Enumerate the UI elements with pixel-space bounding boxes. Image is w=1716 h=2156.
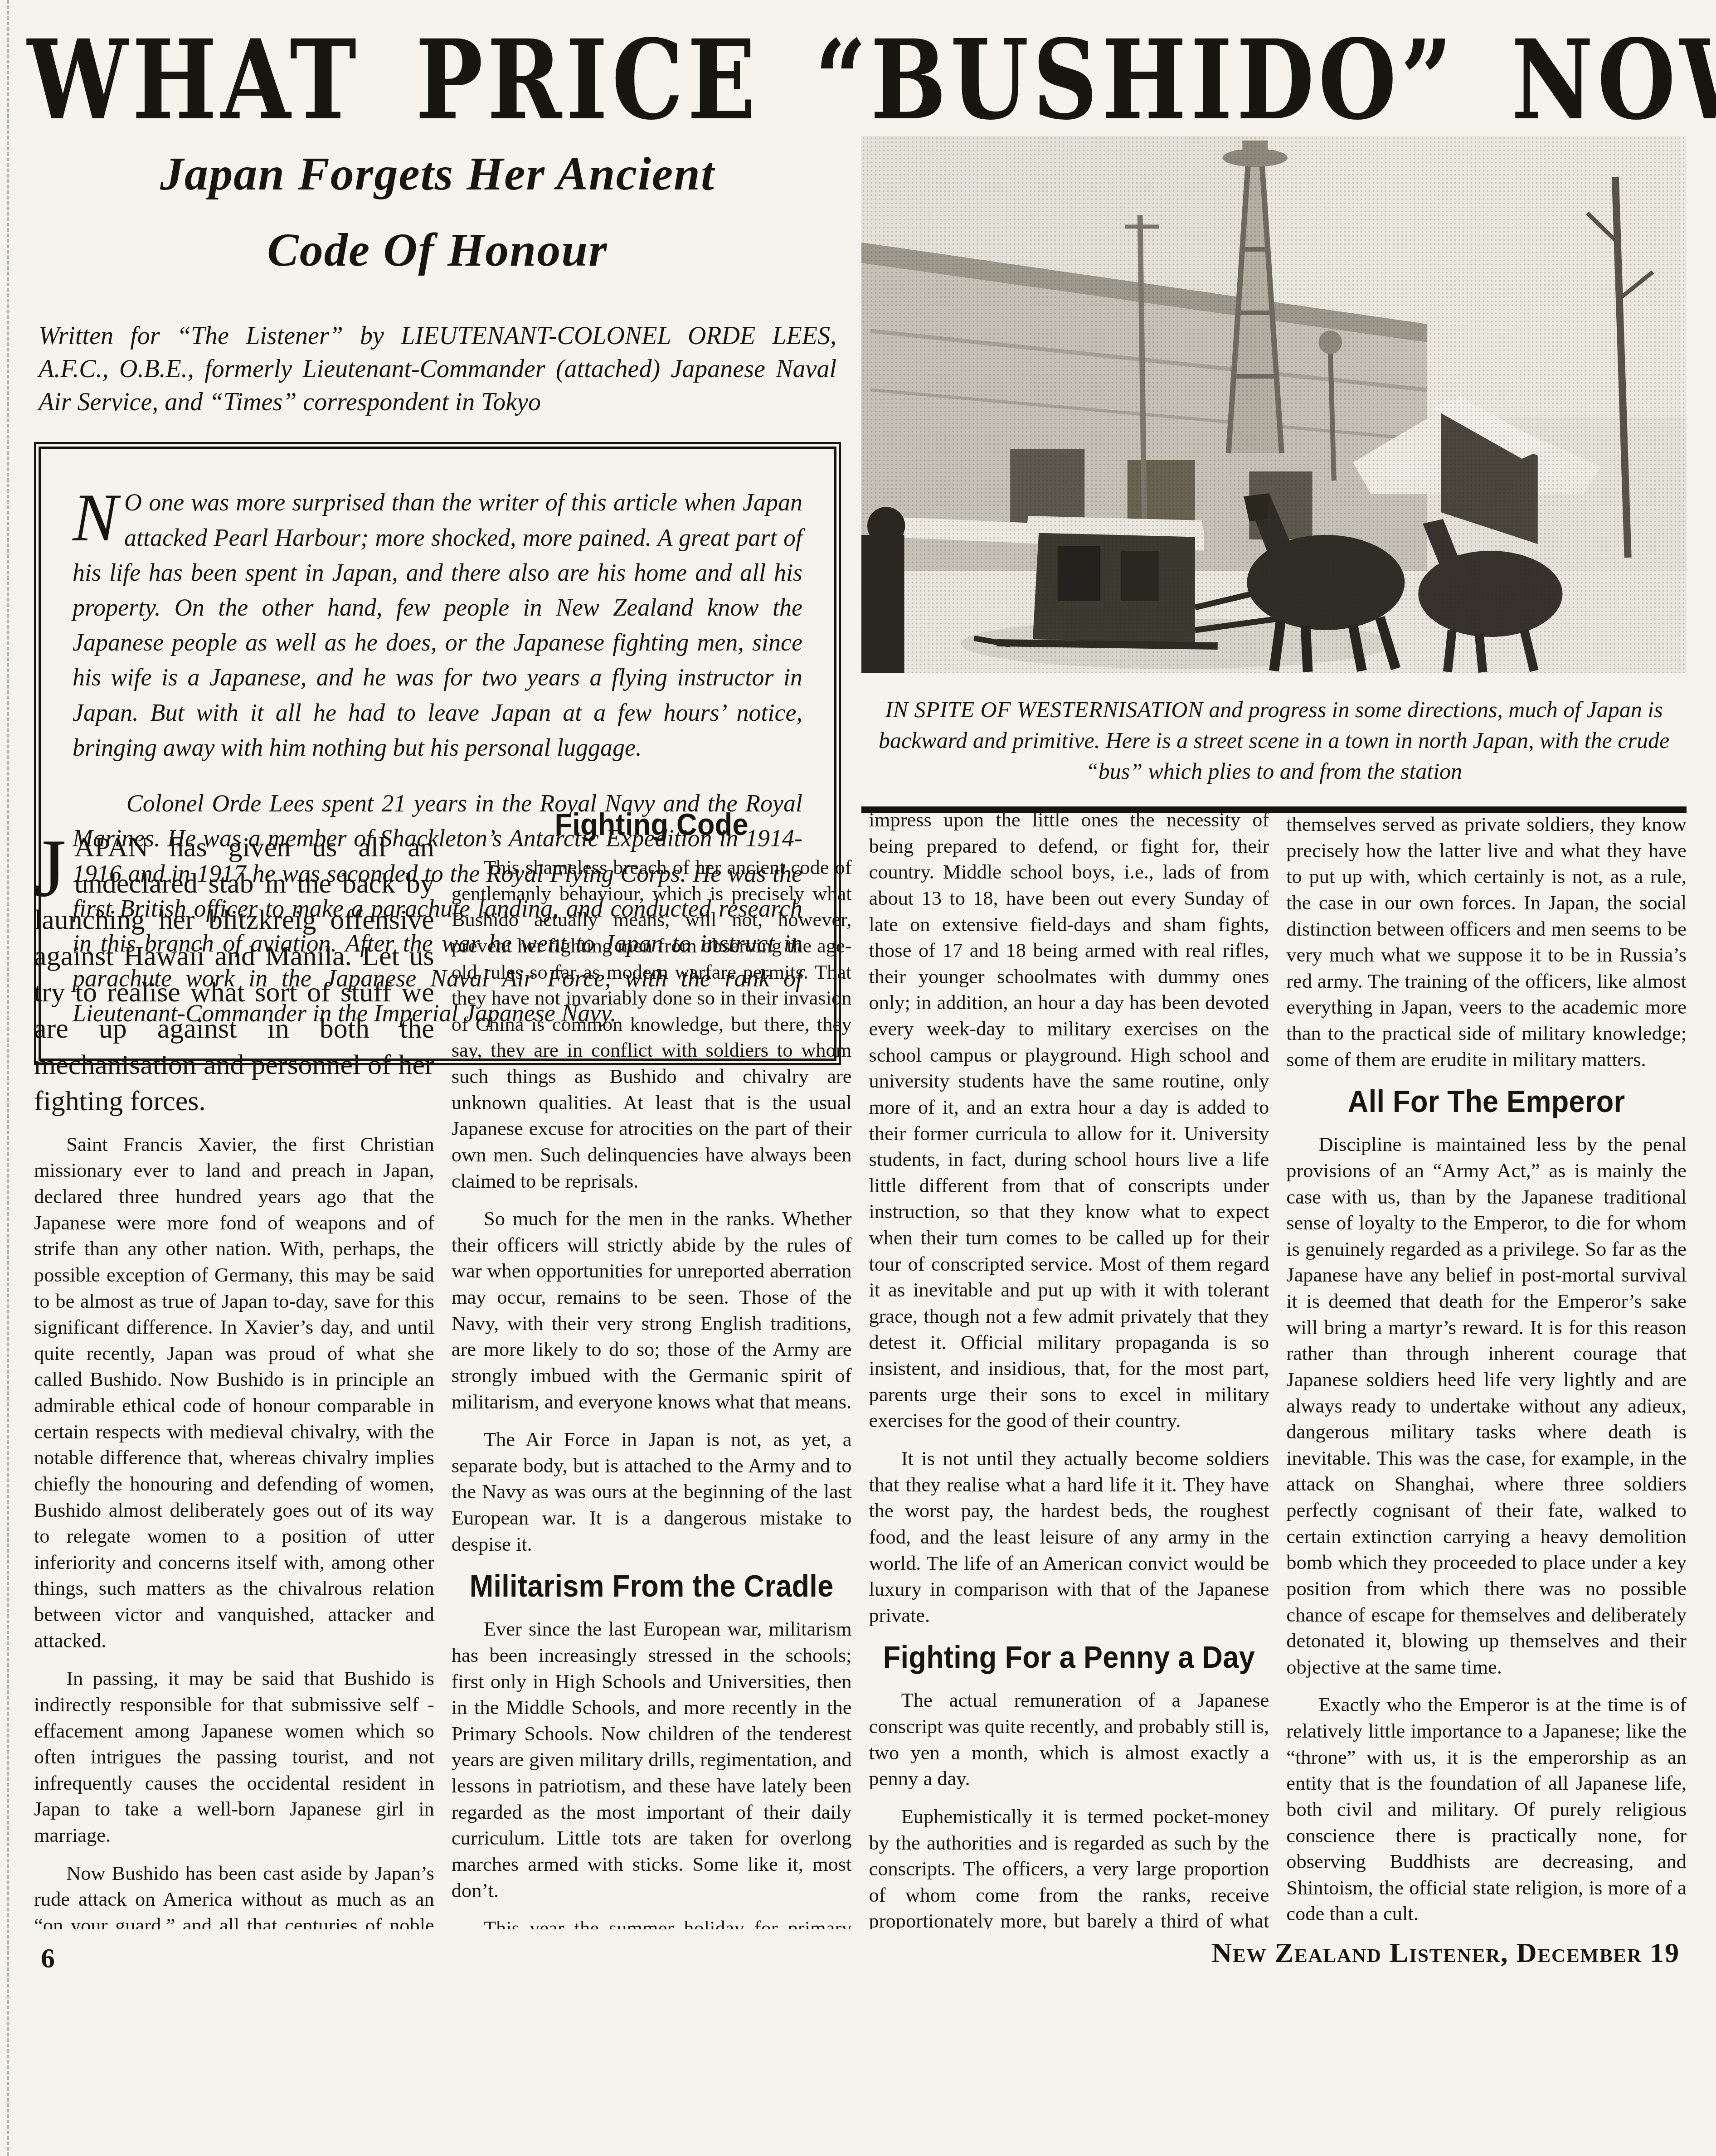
paragraph: This shameless breach of her ancient cod… (452, 855, 852, 1194)
paragraph: Saint Francis Xavier, the first Christia… (34, 1131, 434, 1654)
section-heading-all-for-emperor: All For The Emperor (1286, 1084, 1687, 1119)
lead-paragraph-text: APAN has given us all an undeclared stab… (34, 832, 434, 1117)
street-scene-illustration (861, 136, 1687, 673)
subtitle: Japan Forgets Her Ancient Code Of Honour (34, 136, 841, 289)
lead-paragraph: JAPAN has given us all an undeclared sta… (34, 830, 434, 1120)
drop-initial-n: N (73, 485, 124, 544)
article-column-4: themselves served as private soldiers, t… (1286, 787, 1687, 1929)
drop-initial-j: J (34, 830, 74, 898)
newspaper-page: WHAT PRICE “BUSHIDO” NOW? Japan Forgets … (0, 0, 1716, 2156)
paragraph: Exactly who the Emperor is at the time i… (1286, 1692, 1687, 1927)
paragraph: themselves served as private soldiers, t… (1286, 811, 1687, 1073)
intro-paragraph-1: NO one was more surprised than the write… (73, 485, 802, 765)
journal-footline: New Zealand Listener, December 19 (1211, 1937, 1680, 1969)
paragraph: So much for the men in the ranks. Whethe… (452, 1206, 852, 1415)
paragraph: The Air Force in Japan is not, as yet, a… (452, 1427, 852, 1557)
paragraph: The actual remuneration of a Japanese co… (869, 1687, 1269, 1792)
section-heading-militarism-cradle: Militarism From the Cradle (452, 1568, 852, 1604)
paragraph: Now Bushido has been cast aside by Japan… (34, 1860, 434, 1929)
byline: Written for “The Listener” by LIEUTENANT… (39, 320, 836, 418)
street-scene-photo (861, 136, 1687, 673)
intro-paragraph-1-text: O one was more surprised than the writer… (73, 489, 802, 761)
paragraph: Discipline is maintained less by the pen… (1286, 1131, 1687, 1680)
paragraph: It is not until they actually become sol… (869, 1446, 1269, 1628)
subtitle-line-2: Code Of Honour (34, 212, 841, 288)
photo-caption: IN SPITE OF WESTERNISATION and progress … (864, 694, 1684, 787)
paragraph: In passing, it may be said that Bushido … (34, 1666, 434, 1848)
section-heading-fighting-code: Fighting Code (452, 807, 852, 842)
paragraph: impress upon the little ones the necessi… (869, 807, 1269, 1434)
paragraph: Ever since the last European war, milita… (452, 1616, 852, 1903)
subtitle-line-1: Japan Forgets Her Ancient (34, 136, 841, 212)
section-heading-penny-a-day: Fighting For a Penny a Day (869, 1640, 1269, 1675)
article-column-3: impress upon the little ones the necessi… (869, 787, 1269, 1929)
photo-caption-lead: IN SPITE OF WESTERNISATION (885, 697, 1203, 722)
page-number: 6 (41, 1942, 55, 1975)
page-footer: 6 New Zealand Listener, December 19 (34, 1924, 1684, 1988)
headline: WHAT PRICE “BUSHIDO” NOW? (27, 15, 1689, 144)
article-column-2: Fighting Code This shameless breach of h… (452, 787, 852, 1929)
paragraph: Euphemistically it is termed pocket-mone… (869, 1804, 1269, 1929)
article-body: JAPAN has given us all an undeclared sta… (34, 787, 1687, 1929)
article-column-1: JAPAN has given us all an undeclared sta… (34, 787, 434, 1929)
